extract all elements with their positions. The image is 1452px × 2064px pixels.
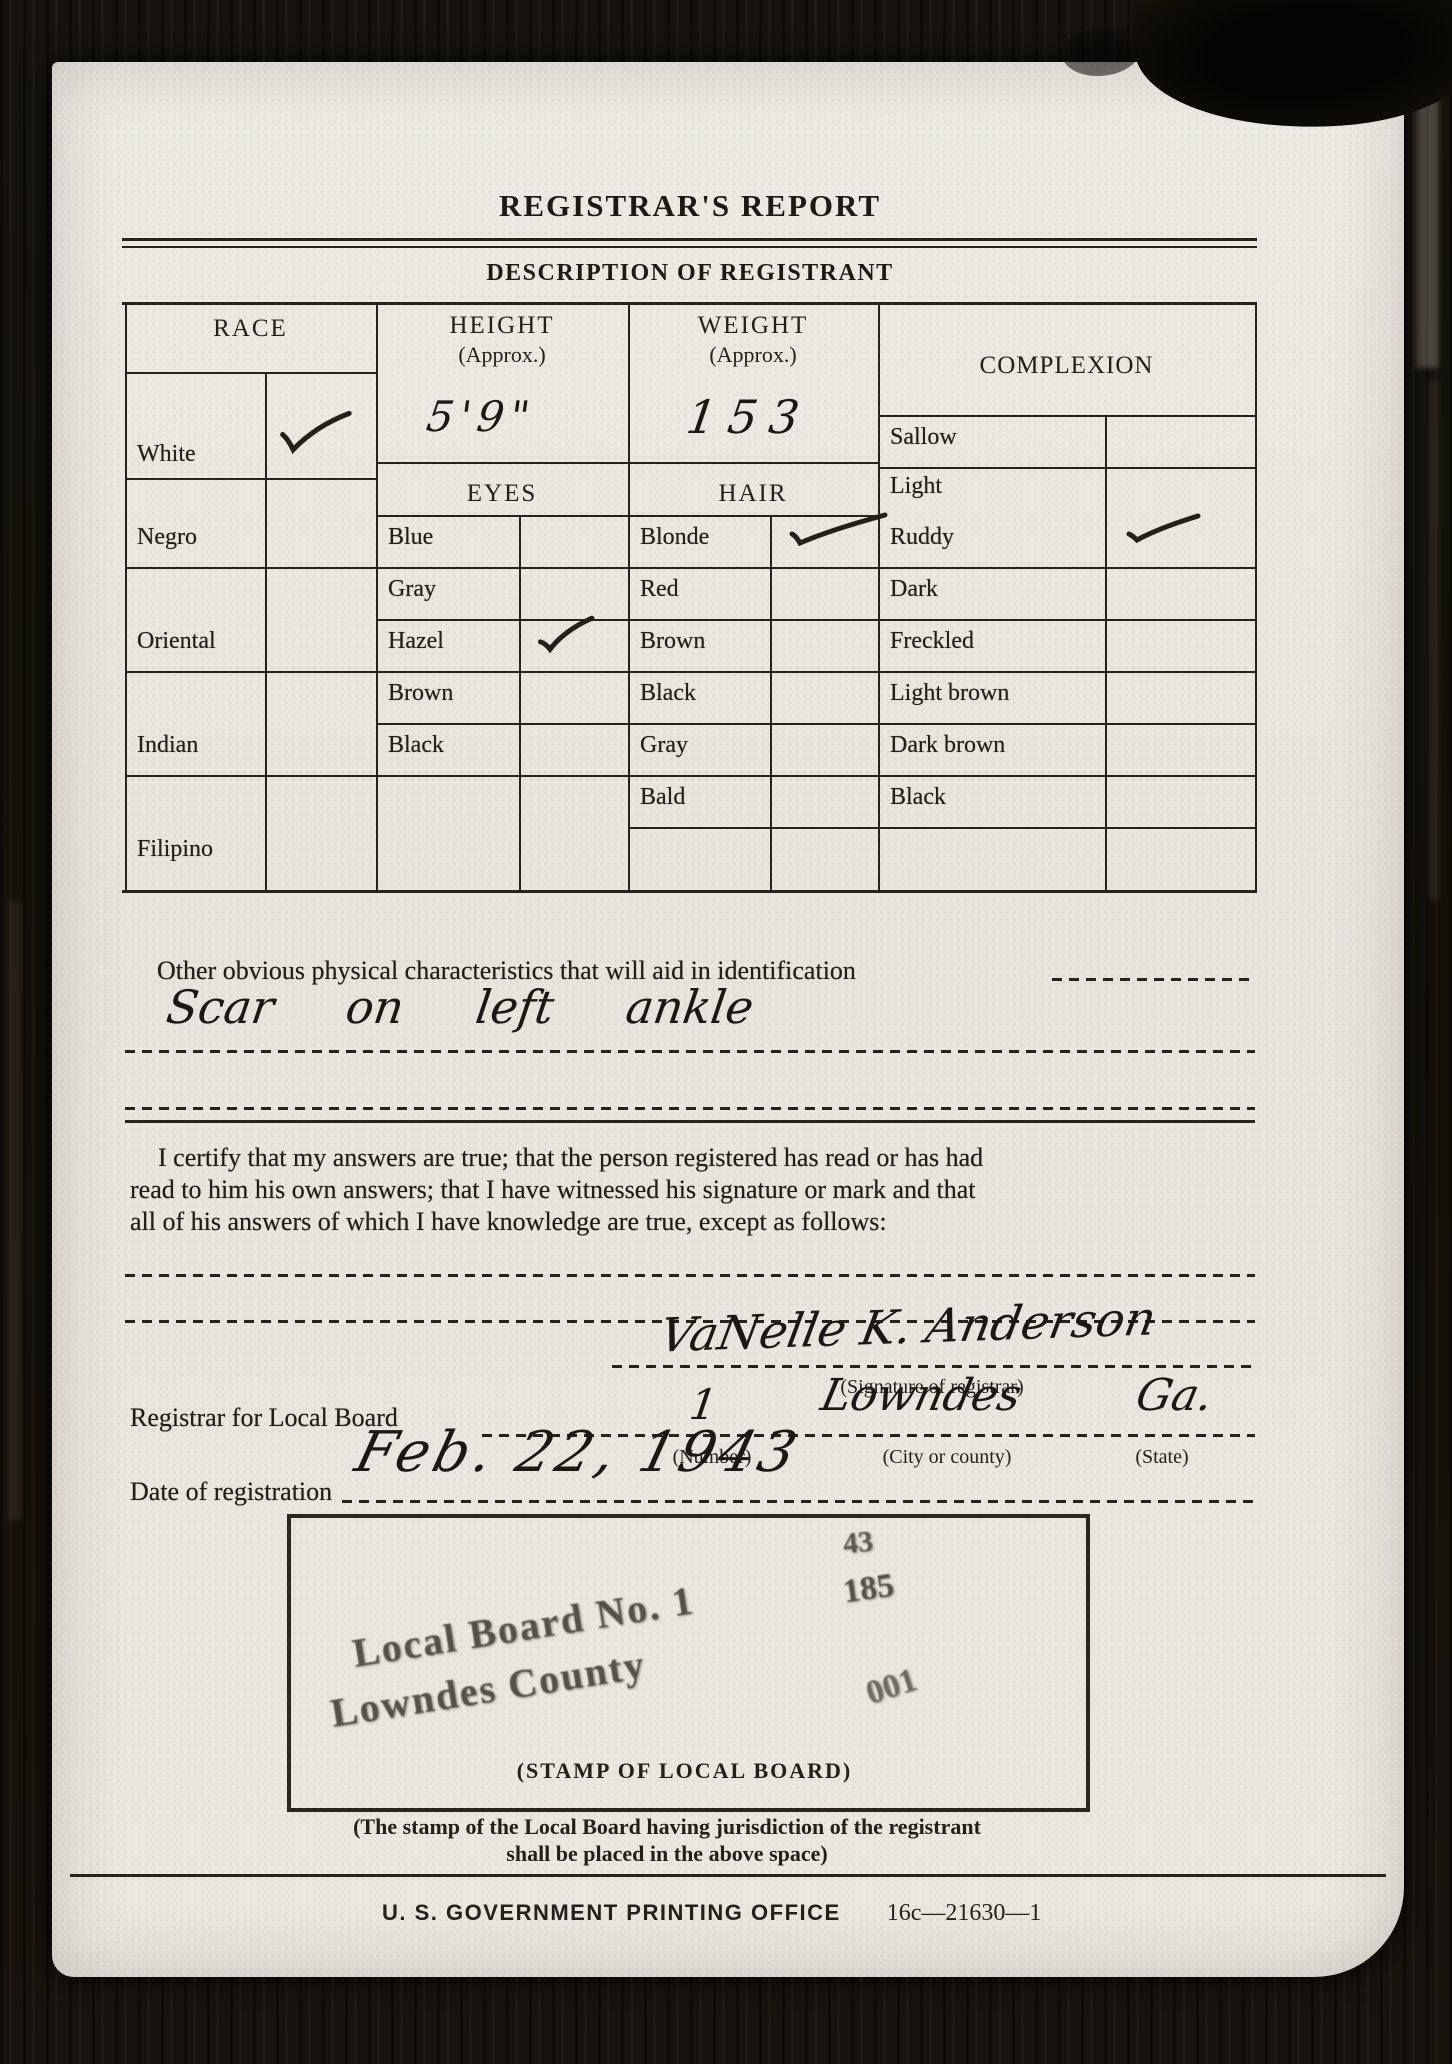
scanned-registration-card-page: { "page": { "title": "REGISTRAR'S REPORT… <box>0 0 1452 2064</box>
board-state-handwriting: Ga. <box>1132 1370 1218 1421</box>
hair-option-bald: Bald <box>640 784 685 811</box>
height-header: HEIGHT <box>376 312 628 340</box>
complexion-ruddy-checkmark <box>1124 510 1204 546</box>
row2-rule <box>376 619 1255 621</box>
hair-header: HAIR <box>628 480 878 508</box>
hair-option-brown: Brown <box>640 628 705 655</box>
complexion-option-dark-brown: Dark brown <box>890 732 1005 759</box>
race-white-checkmark <box>274 400 358 466</box>
characteristics-line <box>125 1050 1255 1053</box>
local-board-stamp-box: Local Board No. 1 Lowndes County 43 185 … <box>287 1514 1090 1812</box>
weight-complexion-divider <box>878 302 880 890</box>
table-right-border <box>1255 302 1257 890</box>
registrar-signature-handwriting: VaNelle K. Anderson <box>655 1291 1160 1363</box>
race-height-divider <box>376 302 378 890</box>
wood-grain-highlight <box>1428 380 1438 900</box>
footer-rule <box>70 1874 1386 1877</box>
page-title: REGISTRAR'S REPORT <box>125 188 1255 224</box>
characteristics-value-handwriting: Scar on left ankle <box>163 980 757 1034</box>
registrar-board-label: Registrar for Local Board <box>130 1402 398 1434</box>
eyes-option-blue: Blue <box>388 524 433 551</box>
complexion-top-rule <box>878 415 1255 417</box>
section-subtitle: DESCRIPTION OF REGISTRANT <box>125 260 1255 287</box>
weight-approx-label: (Approx.) <box>628 342 878 368</box>
hair-option-red: Red <box>640 576 679 603</box>
divider <box>122 246 1257 248</box>
eyes-header: EYES <box>376 480 628 508</box>
board-city-caption: (City or county) <box>842 1446 1052 1469</box>
complexion-option-sallow: Sallow <box>890 424 957 451</box>
race-option-indian: Indian <box>137 732 198 759</box>
height-value-handwriting: 5'9" <box>424 392 539 441</box>
row3-rule <box>125 671 1255 673</box>
stamp-number-43: 43 <box>841 1525 874 1562</box>
table-left-border <box>125 302 127 890</box>
race-header-rule <box>125 372 376 374</box>
separator-solid-line <box>125 1120 1255 1123</box>
height-approx-label: (Approx.) <box>376 342 628 368</box>
race-check-column-divider <box>265 372 267 890</box>
complexion-header: COMPLEXION <box>878 352 1255 380</box>
complexion-option-light-brown: Light brown <box>890 680 1009 707</box>
stamp-note-line-2: shall be placed in the above space) <box>92 1841 1242 1867</box>
eyes-check-column-divider <box>519 515 521 890</box>
printer-imprint: U. S. GOVERNMENT PRINTING OFFICE <box>382 1900 841 1925</box>
registration-date-label: Date of registration <box>130 1476 332 1508</box>
stamp-number-001: 001 <box>861 1661 921 1713</box>
eyes-hazel-checkmark <box>534 612 601 656</box>
complexion-check-column-divider <box>1105 415 1107 890</box>
registration-date-line <box>342 1500 1255 1503</box>
eyes-option-brown: Brown <box>388 680 453 707</box>
row4-rule <box>376 723 1255 725</box>
footer-imprint: U. S. GOVERNMENT PRINTING OFFICE 16c—216… <box>382 1900 1041 1927</box>
exception-line-1 <box>125 1274 1255 1277</box>
row6-rule <box>628 827 1255 829</box>
hair-blonde-checkmark <box>785 508 891 550</box>
certification-line-2: read to him his own answers; that I have… <box>130 1174 976 1206</box>
eyes-option-hazel: Hazel <box>388 628 444 655</box>
white-row-rule <box>125 478 376 480</box>
table-top-border <box>122 302 1257 305</box>
complexion-option-black: Black <box>890 784 946 811</box>
table-bottom-border <box>122 890 1257 893</box>
complexion-option-freckled: Freckled <box>890 628 974 655</box>
signature-line <box>612 1365 1255 1368</box>
race-option-oriental: Oriental <box>137 628 216 655</box>
board-state-caption: (State) <box>1072 1446 1252 1469</box>
race-option-filipino: Filipino <box>137 836 213 863</box>
sallow-row-rule <box>878 467 1255 469</box>
wood-grain-highlight <box>8 900 22 1520</box>
board-city-handwriting: Lowndes <box>817 1370 1026 1421</box>
height-value-rule <box>376 462 878 464</box>
hair-option-black: Black <box>640 680 696 707</box>
hair-check-column-divider <box>770 515 772 890</box>
stamp-box-caption: (STAMP OF LOCAL BOARD) <box>291 1758 1078 1784</box>
height-weight-divider <box>628 302 630 890</box>
race-header: RACE <box>125 315 376 343</box>
certification-line-1: I certify that my answers are true; that… <box>158 1142 983 1174</box>
race-option-negro: Negro <box>137 524 197 551</box>
row5-rule <box>125 775 1255 777</box>
registrar-report-card: REGISTRAR'S REPORT DESCRIPTION OF REGIST… <box>52 62 1404 1977</box>
complexion-option-dark: Dark <box>890 576 938 603</box>
stamp-number-185: 185 <box>841 1567 897 1612</box>
complexion-option-ruddy: Ruddy <box>890 524 954 551</box>
registration-date-handwriting: Feb. 22, 1943 <box>349 1420 807 1485</box>
weight-value-handwriting: 153 <box>683 390 814 444</box>
complexion-option-light: Light <box>890 473 942 500</box>
row1-rule <box>125 567 1255 569</box>
divider <box>122 238 1257 241</box>
race-option-white: White <box>137 441 196 468</box>
eyes-option-gray: Gray <box>388 576 436 603</box>
separator-dashed-line <box>125 1107 1255 1110</box>
hair-option-blonde: Blonde <box>640 524 709 551</box>
weight-header: WEIGHT <box>628 312 878 340</box>
form-number: 16c—21630—1 <box>887 1900 1042 1926</box>
certification-line-3: all of his answers of which I have knowl… <box>130 1206 887 1238</box>
stamp-note-line-1: (The stamp of the Local Board having jur… <box>92 1814 1242 1840</box>
eyes-option-black: Black <box>388 732 444 759</box>
hair-option-gray: Gray <box>640 732 688 759</box>
characteristics-label-dashes <box>1052 978 1255 981</box>
